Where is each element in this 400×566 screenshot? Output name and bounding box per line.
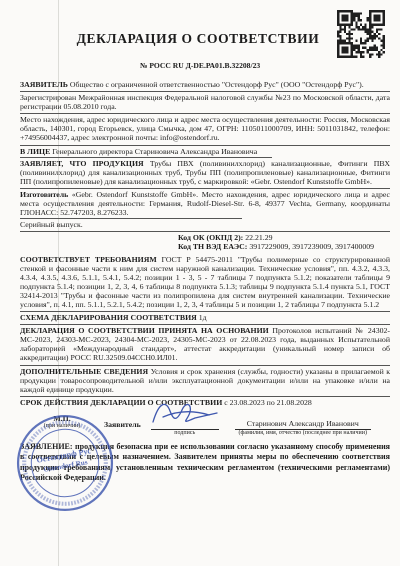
okpd-code-value: 22.21.29 [245, 233, 272, 242]
section-manufacturer: Изготовитель «Gebr. Ostendorf Kunststoff… [20, 189, 390, 219]
section-in-person: В ЛИЦЕ Генерального директора Старинович… [20, 146, 390, 158]
section-compliance: СООТВЕТСТВУЕТ ТРЕБОВАНИЯМ ГОСТ Р 54475-2… [20, 254, 390, 313]
signer-name-field: Старинович Александр Иванович (фамилия, … [235, 419, 371, 438]
section-text: ГОСТ Р 54475-2011 "Трубы полимерные со с… [20, 255, 390, 309]
section-label: В ЛИЦЕ [20, 147, 50, 156]
signature-field: подпись [151, 429, 219, 438]
section-label: ДОПОЛНИТЕЛЬНЫЕ СВЕДЕНИЯ [20, 367, 148, 376]
section-label: ЗАЯВЛЯЕТ, ЧТО ПРОДУКЦИЯ [20, 159, 144, 168]
section-text: Серийный выпуск. [20, 220, 83, 229]
tnved-code-label: Код ТН ВЭД ЕАЭС: [178, 242, 247, 251]
validity-dates: с 23.08.2023 по 21.08.2028 [224, 398, 312, 407]
section-label: СООТВЕТСТВУЕТ ТРЕБОВАНИЯМ [20, 255, 157, 264]
tnved-code-row: Код ТН ВЭД ЕАЭС: 3917229009, 3917239009,… [178, 242, 390, 251]
signature-caption: подпись [151, 430, 219, 438]
section-registration: Зарегистрирован Межрайонная инспекция Фе… [20, 92, 390, 114]
page-title: ДЕКЛАРАЦИЯ О СООТВЕТСТВИИ [0, 31, 396, 47]
section-text: Общество с ограниченной ответственностью… [70, 80, 364, 89]
section-label: ЗАЯВИТЕЛЬ [20, 80, 68, 89]
declaration-number: № РОСС RU Д-DE.РА01.В.32208/23 [0, 61, 400, 70]
section-products: ЗАЯВЛЯЕТ, ЧТО ПРОДУКЦИЯ Трубы ПВХ (полив… [20, 158, 390, 189]
section-additional-info: ДОПОЛНИТЕЛЬНЫЕ СВЕДЕНИЯ Условия и срок х… [20, 366, 390, 397]
section-serial-production: Серийный выпуск. [20, 219, 390, 232]
declaration-document: ДЕКЛАРАЦИЯ О СООТВЕТСТВИИ № РОСС RU Д-DE… [0, 0, 400, 566]
signer-name-caption: (фамилия, имя, отчество (последнее при н… [235, 430, 371, 438]
section-basis: ДЕКЛАРАЦИЯ О СООТВЕТСТВИИ ПРИНЯТА НА ОСН… [20, 325, 390, 365]
okpd-code-label: Код ОК (ОКПД 2): [178, 233, 243, 242]
section-text: Зарегистрирован Межрайонная инспекция Фе… [20, 93, 390, 111]
codes-block: Код ОК (ОКПД 2): 22.21.29 Код ТН ВЭД ЕАЭ… [178, 232, 390, 253]
okpd-code-row: Код ОК (ОКПД 2): 22.21.29 [178, 233, 390, 242]
section-label: Изготовитель [20, 190, 68, 199]
handwritten-signature [145, 398, 225, 428]
section-text: Генерального директора Стариновича Алекс… [52, 147, 257, 156]
section-text: Место нахождения, адрес юридического лиц… [20, 115, 390, 142]
signer-name: Старинович Александр Иванович [235, 419, 371, 429]
company-stamp: Остендорф Рус Ostendorf Rus [6, 404, 124, 522]
section-address: Место нахождения, адрес юридического лиц… [20, 114, 390, 145]
tnved-code-value: 3917229009, 3917239009, 3917400009 [249, 242, 374, 251]
section-scheme: СХЕМА ДЕКЛАРИРОВАНИЯ СООТВЕТСТВИЯ 1д [20, 312, 390, 325]
section-label: СХЕМА ДЕКЛАРИРОВАНИЯ СООТВЕТСТВИЯ [20, 313, 197, 322]
section-applicant: ЗАЯВИТЕЛЬ Общество с ограниченной ответс… [20, 79, 390, 92]
section-text: «Gebr. Ostendorf Kunststoffe GmbH». Мест… [20, 190, 390, 217]
scheme-value: 1д [199, 313, 207, 322]
section-label: ДЕКЛАРАЦИЯ О СООТВЕТСТВИИ ПРИНЯТА НА ОСН… [20, 326, 269, 335]
